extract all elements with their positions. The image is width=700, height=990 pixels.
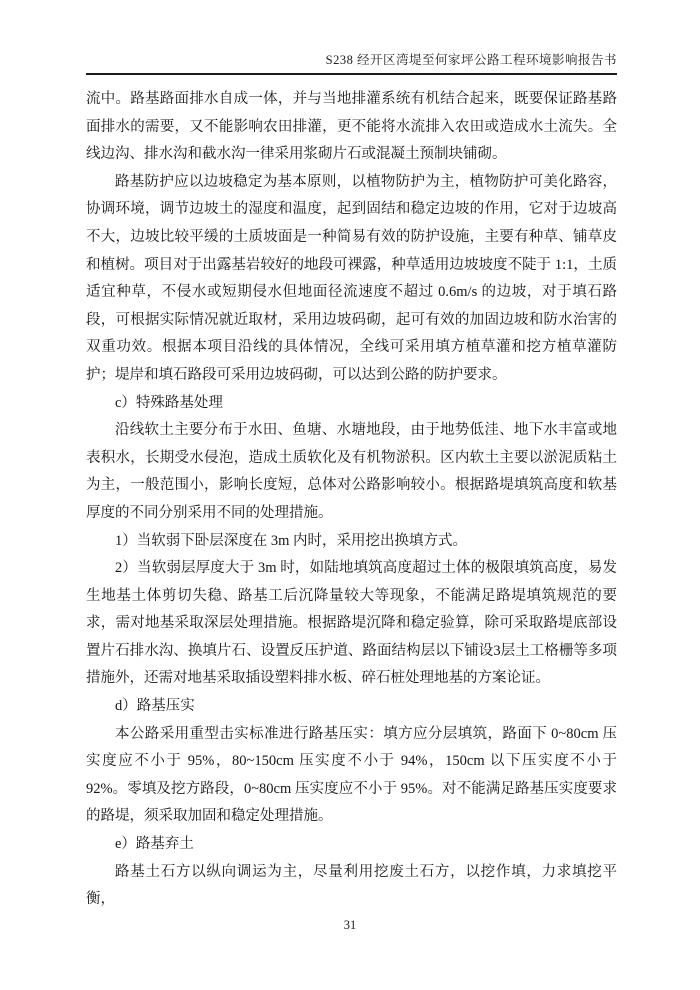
list-item-2: 2）当软弱层厚度大于 3m 时，如陆地填筑高度超过土体的极限填筑高度，易发生地基… (86, 555, 617, 693)
list-item-1: 1）当软弱下卧层深度在 3m 内时，采用挖出换填方式。 (86, 528, 617, 556)
body-paragraph: 路基土石方以纵向调运为主，尽量利用挖废土石方，以挖作填，力求填挖平衡， (86, 859, 617, 914)
page-number: 31 (344, 918, 357, 932)
body-paragraph: 路基防护应以边坡稳定为基本原则，以植物防护为主，植物防护可美化路容，协调环境，调… (86, 169, 617, 390)
header-title: S238 经开区湾堤至何家坪公路工程环境影响报告书 (326, 53, 617, 67)
page-footer: 31 (0, 918, 700, 933)
document-body: 流中。路基路面排水自成一体，并与当地排灌系统有机结合起来，既要保证路基路面排水的… (86, 86, 617, 914)
body-paragraph: 沿线软土主要分布于水田、鱼塘、水塘地段，由于地势低洼、地下水丰富或地表积水，长期… (86, 417, 617, 527)
body-paragraph: 本公路采用重型击实标准进行路基压实：填方应分层填筑，路面下 0~80cm 压实度… (86, 721, 617, 831)
document-page: S238 经开区湾堤至何家坪公路工程环境影响报告书 流中。路基路面排水自成一体，… (0, 0, 700, 990)
section-heading-e: e）路基弃土 (86, 831, 617, 859)
body-paragraph: 流中。路基路面排水自成一体，并与当地排灌系统有机结合起来，既要保证路基路面排水的… (86, 86, 617, 169)
section-heading-c: c）特殊路基处理 (86, 390, 617, 418)
page-header: S238 经开区湾堤至何家坪公路工程环境影响报告书 (86, 50, 617, 75)
section-heading-d: d）路基压实 (86, 693, 617, 721)
